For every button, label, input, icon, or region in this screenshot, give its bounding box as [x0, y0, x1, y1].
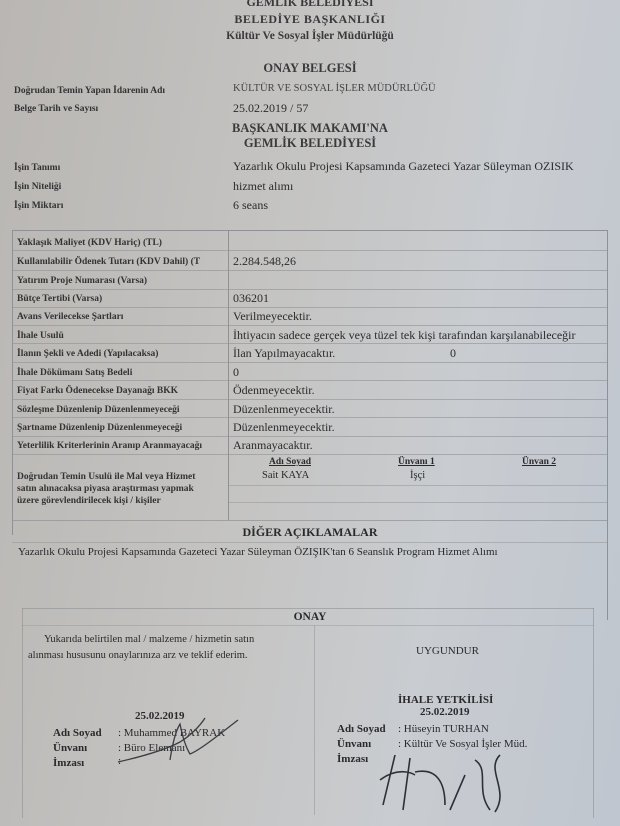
approval-heading-divider [22, 625, 594, 626]
table-label: Avans Verilecekse Şartları [17, 312, 123, 322]
table-label: Bütçe Tertibi (Varsa) [17, 294, 102, 304]
right-sign-date: 25.02.2019 [420, 706, 470, 718]
table-value: 036201 [233, 291, 269, 306]
committee-member-name: Sait KAYA [262, 470, 309, 481]
row-divider [228, 502, 608, 503]
notes-heading: DİĞER AÇIKLAMALAR [0, 525, 620, 540]
table-label: Yatırım Proje Numarası (Varsa) [17, 276, 147, 286]
work-label-quantity: İşin Miktarı [14, 201, 63, 211]
row-divider [12, 289, 608, 290]
addressee-line2: GEMLİK BELEDİYESİ [0, 136, 620, 151]
row-divider [12, 417, 608, 418]
row-divider [12, 325, 608, 326]
meta-value-date: 25.02.2019 / 57 [233, 101, 308, 116]
approval-request-line1: Yukarıda belirtilen mal / malzeme / hizm… [44, 634, 254, 645]
approval-border-top [22, 608, 594, 609]
table-value: 0 [233, 365, 239, 380]
document-title: ONAY BELGESİ [0, 61, 620, 76]
committee-col-name: Adı Soyad [269, 457, 311, 467]
left-signature-icon [110, 712, 250, 772]
committee-col-title1: Ünvanı 1 [398, 457, 435, 467]
row-divider [12, 436, 608, 437]
table-label: İhale Usulü [17, 331, 64, 341]
committee-label-line3: üzere görevlendirilecek kişi / kişiler [17, 496, 161, 506]
left-title-label: Ünvanı [53, 742, 87, 754]
table-value: İhtiyacın sadece gerçek veya tüzel tek k… [233, 328, 576, 343]
table-value: Düzenlenmeyecektir. [233, 402, 335, 417]
notes-text: Yazarlık Okulu Projesi Kapsamında Gazete… [18, 546, 498, 558]
meta-label-date: Belge Tarih ve Sayısı [14, 104, 98, 114]
table-column-divider [228, 230, 229, 520]
right-title: : Kültür Ve Sosyal İşler Müd. [398, 738, 527, 750]
approved-status: UYGUNDUR [416, 645, 479, 657]
committee-col-title2: Ünvan 2 [522, 457, 556, 467]
org-name: GEMLİK BELEDİYESİ [0, 0, 620, 10]
table-label: Sözleşme Düzenlenip Düzenlenmeyeceği [17, 405, 180, 415]
work-label-definition: İşin Tanımı [14, 163, 60, 173]
approval-heading: ONAY [0, 611, 620, 623]
approval-border-right [593, 608, 594, 818]
table-value: Verilmeyecektir. [233, 309, 312, 324]
row-divider [12, 542, 608, 543]
org-department: BELEDİYE BAŞKANLIĞI [0, 12, 620, 27]
approval-document: GEMLİK BELEDİYESİ BELEDİYE BAŞKANLIĞI Kü… [0, 0, 620, 826]
meta-value-institution: KÜLTÜR VE SOSYAL İŞLER MÜDÜRLÜĞÜ [233, 83, 436, 94]
right-role: İHALE YETKİLİSİ [398, 694, 493, 706]
table-border-top [12, 230, 608, 231]
row-divider [12, 270, 608, 271]
row-divider [12, 250, 608, 251]
row-divider [12, 343, 608, 344]
row-divider [12, 380, 608, 381]
row-divider [12, 362, 608, 363]
approval-border-left [22, 608, 23, 818]
row-divider [12, 307, 608, 308]
row-divider [12, 399, 608, 400]
committee-label-line2: satın alınacaksa piyasa araştırması yapm… [17, 484, 194, 494]
table-label: Kullanılabilir Ödenek Tutarı (KDV Dahil)… [17, 257, 200, 267]
table-label: İlanın Şekli ve Adedi (Yapılacaksa) [17, 349, 158, 359]
work-value-quantity: 6 seans [233, 198, 268, 213]
table-value: Düzenlenmeyecektir. [233, 420, 335, 435]
table-border-left [12, 230, 13, 535]
right-name: : Hüseyin TURHAN [398, 723, 489, 735]
table-label: Yeterlilik Kriterlerinin Aranıp Aranmaya… [17, 441, 202, 451]
work-label-nature: İşin Niteliği [14, 182, 61, 192]
approval-request-line2: alınması hususunu onaylarınıza arz ve te… [28, 650, 248, 661]
table-value: İlan Yapılmayacaktır. [233, 346, 335, 361]
row-divider [228, 485, 608, 486]
table-label: Yaklaşık Maliyet (KDV Hariç) (TL) [17, 238, 162, 248]
table-label: İhale Dökümanı Satış Bedeli [17, 368, 132, 378]
table-value: Ödenmeyecektir. [233, 383, 315, 398]
left-name-label: Adı Soyad [53, 727, 102, 739]
addressee-line1: BAŞKANLIK MAKAMI'NA [0, 121, 620, 136]
right-sign-label: İmzası [337, 753, 368, 765]
approval-column-divider [314, 625, 315, 815]
committee-label-line1: Doğrudan Temin Usulü ile Mal veya Hizmet [17, 472, 195, 482]
table-value-count: 0 [450, 346, 456, 361]
org-directorate: Kültür Ve Sosyal İşler Müdürlüğü [0, 30, 620, 42]
right-signature-icon [375, 750, 575, 815]
right-title-label: Ünvanı [337, 738, 371, 750]
table-value: 2.284.548,26 [233, 254, 296, 269]
table-label: Fiyat Farkı Ödenecekse Dayanağı BKK [17, 386, 178, 396]
right-name-label: Adı Soyad [337, 723, 386, 735]
work-value-definition: Yazarlık Okulu Projesi Kapsamında Gazete… [233, 159, 574, 174]
work-value-nature: hizmet alımı [233, 179, 293, 194]
row-divider [12, 454, 608, 455]
left-sign-label: İmzası [53, 757, 84, 769]
meta-label-institution: Doğrudan Temin Yapan İdarenin Adı [14, 86, 165, 96]
row-divider [12, 520, 608, 521]
table-label: Şartname Düzenlenip Düzenlenmeyeceği [17, 423, 182, 433]
committee-member-title1: İşçi [410, 470, 425, 481]
table-value: Aranmayacaktır. [233, 438, 313, 453]
